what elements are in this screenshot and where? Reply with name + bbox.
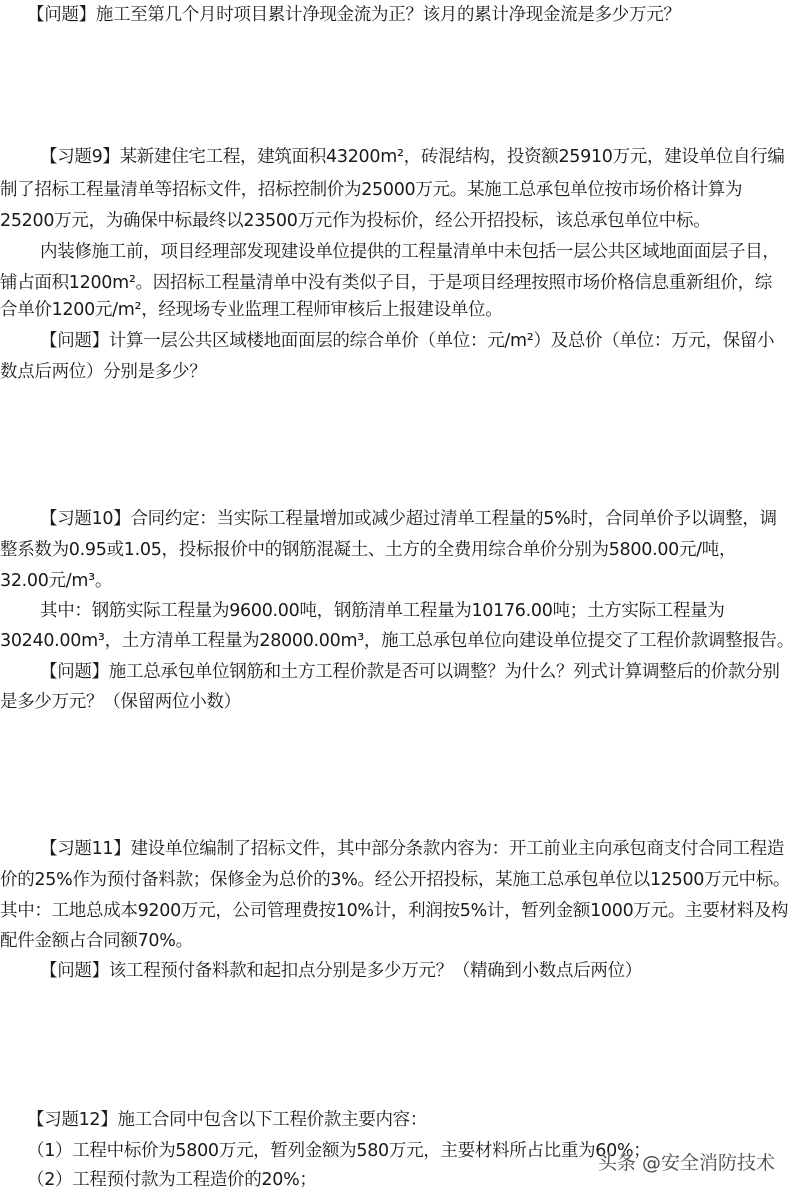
exercise11-line: 【习题11】建设单位编制了招标文件，其中部分条款内容为：开工前业主向承包商支付合… xyxy=(40,838,784,860)
exercise9-line: 25200万元，为确保中标最终以23500万元作为投标价，经公开招投标，该总承包… xyxy=(0,210,710,232)
exercise12-line: （1）工程中标价为5800万元，暂列金额为580万元，主要材料所占比重为60%； xyxy=(27,1140,650,1162)
exercise12-line: 【习题12】施工合同中包含以下工程价款主要内容： xyxy=(27,1109,427,1131)
exercise10-line: 32.00元/m³。 xyxy=(0,570,112,592)
exercise9-question-line: 【问题】计算一层公共区域楼地面面层的综合单价（单位：元/m²）及总价（单位：万元… xyxy=(40,330,774,352)
exercise9-question-line: 数点后两位）分别是多少？ xyxy=(0,361,206,383)
exercise11-line: 配件金额占合同额70%。 xyxy=(0,930,193,952)
watermark: 头条 @安全消防技术 xyxy=(598,1148,775,1175)
exercise9-line: 内装修施工前，项目经理部发现建设单位提供的工程量清单中未包括一层公共区域地面面层… xyxy=(40,241,780,263)
exercise11-line: 其中：工地总成本9200万元，公司管理费按10%计，利润按5%计，暂列金额100… xyxy=(0,900,788,922)
exercise10-line: 30240.00m³，土方清单工程量为28000.00m³，施工总承包单位向建设… xyxy=(0,630,794,652)
exercise9-line: 铺占面积1200m²。因招标工程量清单中没有类似子目，于是项目经理按照市场价格信… xyxy=(0,272,772,294)
exercise11-line: 价的25%作为预付备料款；保修金为总价的3%。经公开招投标，某施工总承包单位以1… xyxy=(0,869,790,891)
question-line: 【问题】施工至第几个月时项目累计净现金流为正？该月的累计净现金流是多少万元？ xyxy=(27,4,681,26)
exercise10-line: 【习题10】合同约定：当实际工程量增加或减少超过清单工程量的5%时，合同单价予以… xyxy=(40,508,777,530)
exercise9-line: 【习题9】某新建住宅工程，建筑面积43200m²，砖混结构，投资额25910万元… xyxy=(40,146,785,168)
exercise10-line: 其中：钢筋实际工程量为9600.00吨，钢筋清单工程量为10176.00吨；土方… xyxy=(40,600,725,622)
exercise10-question-line: 【问题】施工总承包单位钢筋和土方工程价款是否可以调整？为什么？列式计算调整后的价… xyxy=(40,661,780,683)
exercise9-line: 制了招标工程量清单等招标文件，招标控制价为25000万元。某施工总承包单位按市场… xyxy=(0,179,742,201)
exercise9-line: 合单价1200元/m²，经现场专业监理工程师审核后上报建设单位。 xyxy=(0,299,502,321)
exercise11-question-line: 【问题】该工程预付备料款和起扣点分别是多少万元？（精确到小数点后两位） xyxy=(40,960,642,982)
exercise12-line: （2）工程预付款为工程造价的20%； xyxy=(27,1169,317,1190)
exercise10-line: 整系数为0.95或1.05，投标报价中的钢筋混凝土、土方的全费用综合单价分别为5… xyxy=(0,539,736,561)
exercise10-question-line: 是多少万元？（保留两位小数） xyxy=(0,691,241,713)
